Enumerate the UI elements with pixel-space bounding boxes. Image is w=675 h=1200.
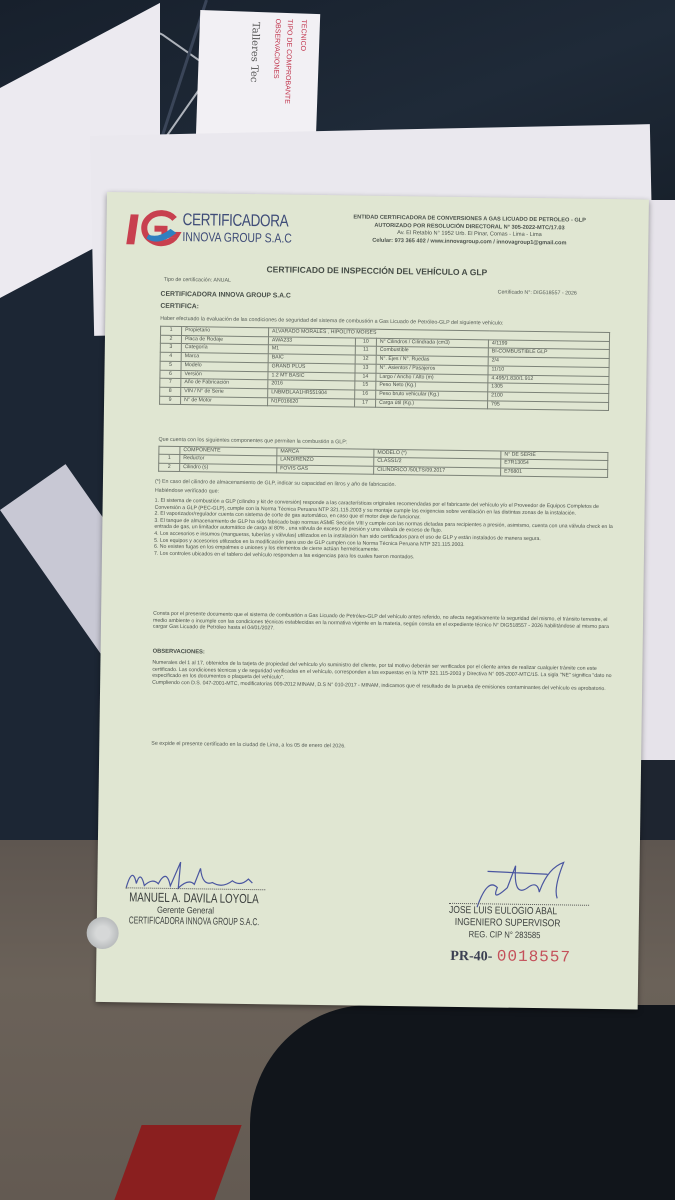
row-value: N1F016620 [268, 397, 355, 407]
signature-block-right: JOSE LUIS EULOGIO ABAL INGENIERO SUPERVI… [446, 857, 628, 980]
row-label: N° de Motor [181, 396, 268, 406]
row-number [159, 446, 180, 455]
signature-block-left: MANUEL A. DAVILA LOYOLA Gerente General … [116, 857, 348, 970]
components-table: COMPONENTEMARCAMODELO (*)N° DE SERIE1Red… [158, 446, 608, 478]
row-number: 7 [160, 378, 181, 387]
row-number: 1 [161, 326, 182, 335]
receipt-field: OBSERVACIONES [272, 19, 281, 79]
seal-stamp-icon [86, 917, 118, 949]
company-logo-icon [124, 208, 183, 249]
row-number: 9 [160, 396, 181, 405]
verified-intro: Habiéndose verificado que: [155, 488, 219, 495]
certification-type: Tipo de certificación: ANUAL [164, 277, 231, 284]
receipt-field: TIPO DE COMPROBANTE [283, 19, 293, 104]
component-brand: FOVIS GAS [277, 465, 374, 475]
components-intro: Que cuenta con los siguientes componente… [159, 437, 348, 446]
conclusion-text: Consta por el presente documento que el … [153, 611, 613, 637]
issued-text: Se expide el presente certificado en la … [151, 741, 345, 750]
row-number: 2 [160, 335, 181, 344]
components-note: (*) En caso del cilindro de almacenamien… [155, 479, 396, 488]
form-code: PR-40- [450, 949, 492, 965]
certificate-document: CERTIFICADORA INNOVA GROUP S.A.C ENTIDAD… [96, 192, 649, 1009]
row-number: 4 [160, 352, 181, 361]
observations-list: Numerales del 1 al 17, obtenidos de la t… [152, 660, 612, 693]
row-number: 12 [355, 355, 376, 364]
row-label: Carga útil (Kg.) [376, 399, 488, 409]
observations-title: OBSERVACIONES: [153, 649, 205, 656]
certificate-number: Certificado N°: DIG518557 - 2026 [498, 289, 577, 296]
row-number: 8 [160, 387, 181, 396]
receipt-field: TECNICO [299, 19, 307, 51]
row-number: 6 [160, 370, 181, 379]
signer-name: JOSE LUIS EULOGIO ABAL [449, 905, 557, 918]
certificate-header: CERTIFICADORA INNOVA GROUP S.A.C ENTIDAD… [124, 204, 635, 259]
form-number: PR-40- 0018557 [450, 947, 571, 967]
row-value: 795 [488, 400, 609, 410]
row-number: 14 [355, 372, 376, 381]
row-number: 15 [355, 381, 376, 390]
evaluation-intro: Haber efectuado la evaluación de las con… [160, 316, 503, 327]
row-number: 2 [159, 463, 180, 472]
signer-name: MANUEL A. DAVILA LOYOLA [129, 889, 259, 906]
row-number: 13 [355, 364, 376, 373]
row-number: 16 [355, 390, 376, 399]
row-number: 10 [355, 338, 376, 347]
signer-role: Gerente General [157, 905, 214, 916]
brand-line-1: CERTIFICADORA [183, 211, 293, 230]
vehicle-table: 1PropietarioALVARADO MORALES , HIPOLITO … [159, 326, 610, 412]
receipt-paper: TECNICO TIPO DE COMPROBANTE OBSERVACIONE… [196, 10, 320, 144]
entity-info: ENTIDAD CERTIFICADORA DE CONVERSIONES A … [309, 214, 629, 248]
row-number: 5 [160, 361, 181, 370]
verifications-list: 1. El sistema de combustión a GLP (cilin… [154, 498, 615, 564]
dark-object [250, 1005, 675, 1200]
certifica-label: CERTIFICA: [160, 303, 199, 311]
signer-registration: REG. CIP N° 283585 [469, 929, 541, 940]
component-model: CILINDRICO /50LTS/09.2017 [374, 466, 501, 476]
row-number: 1 [159, 455, 180, 464]
receipt-handwriting: Talleres Tec [248, 22, 261, 83]
row-number: 3 [160, 344, 181, 353]
row-number: 11 [355, 346, 376, 355]
serial-number: 0018557 [497, 948, 571, 967]
company-name: CERTIFICADORA INNOVA GROUP S.A.C [161, 291, 291, 300]
component-name: Cilindro (s) [180, 463, 277, 473]
signer-company: CERTIFICADORA INNOVA GROUP S.A.C. [129, 915, 260, 928]
brand-line-2: INNOVA GROUP S.A.C [182, 230, 292, 245]
row-number: 17 [355, 399, 376, 408]
brand-name: CERTIFICADORA INNOVA GROUP S.A.C [182, 211, 319, 245]
signer-role: INGENIERO SUPERVISOR [455, 917, 561, 929]
component-serial: E76801 [501, 468, 608, 478]
